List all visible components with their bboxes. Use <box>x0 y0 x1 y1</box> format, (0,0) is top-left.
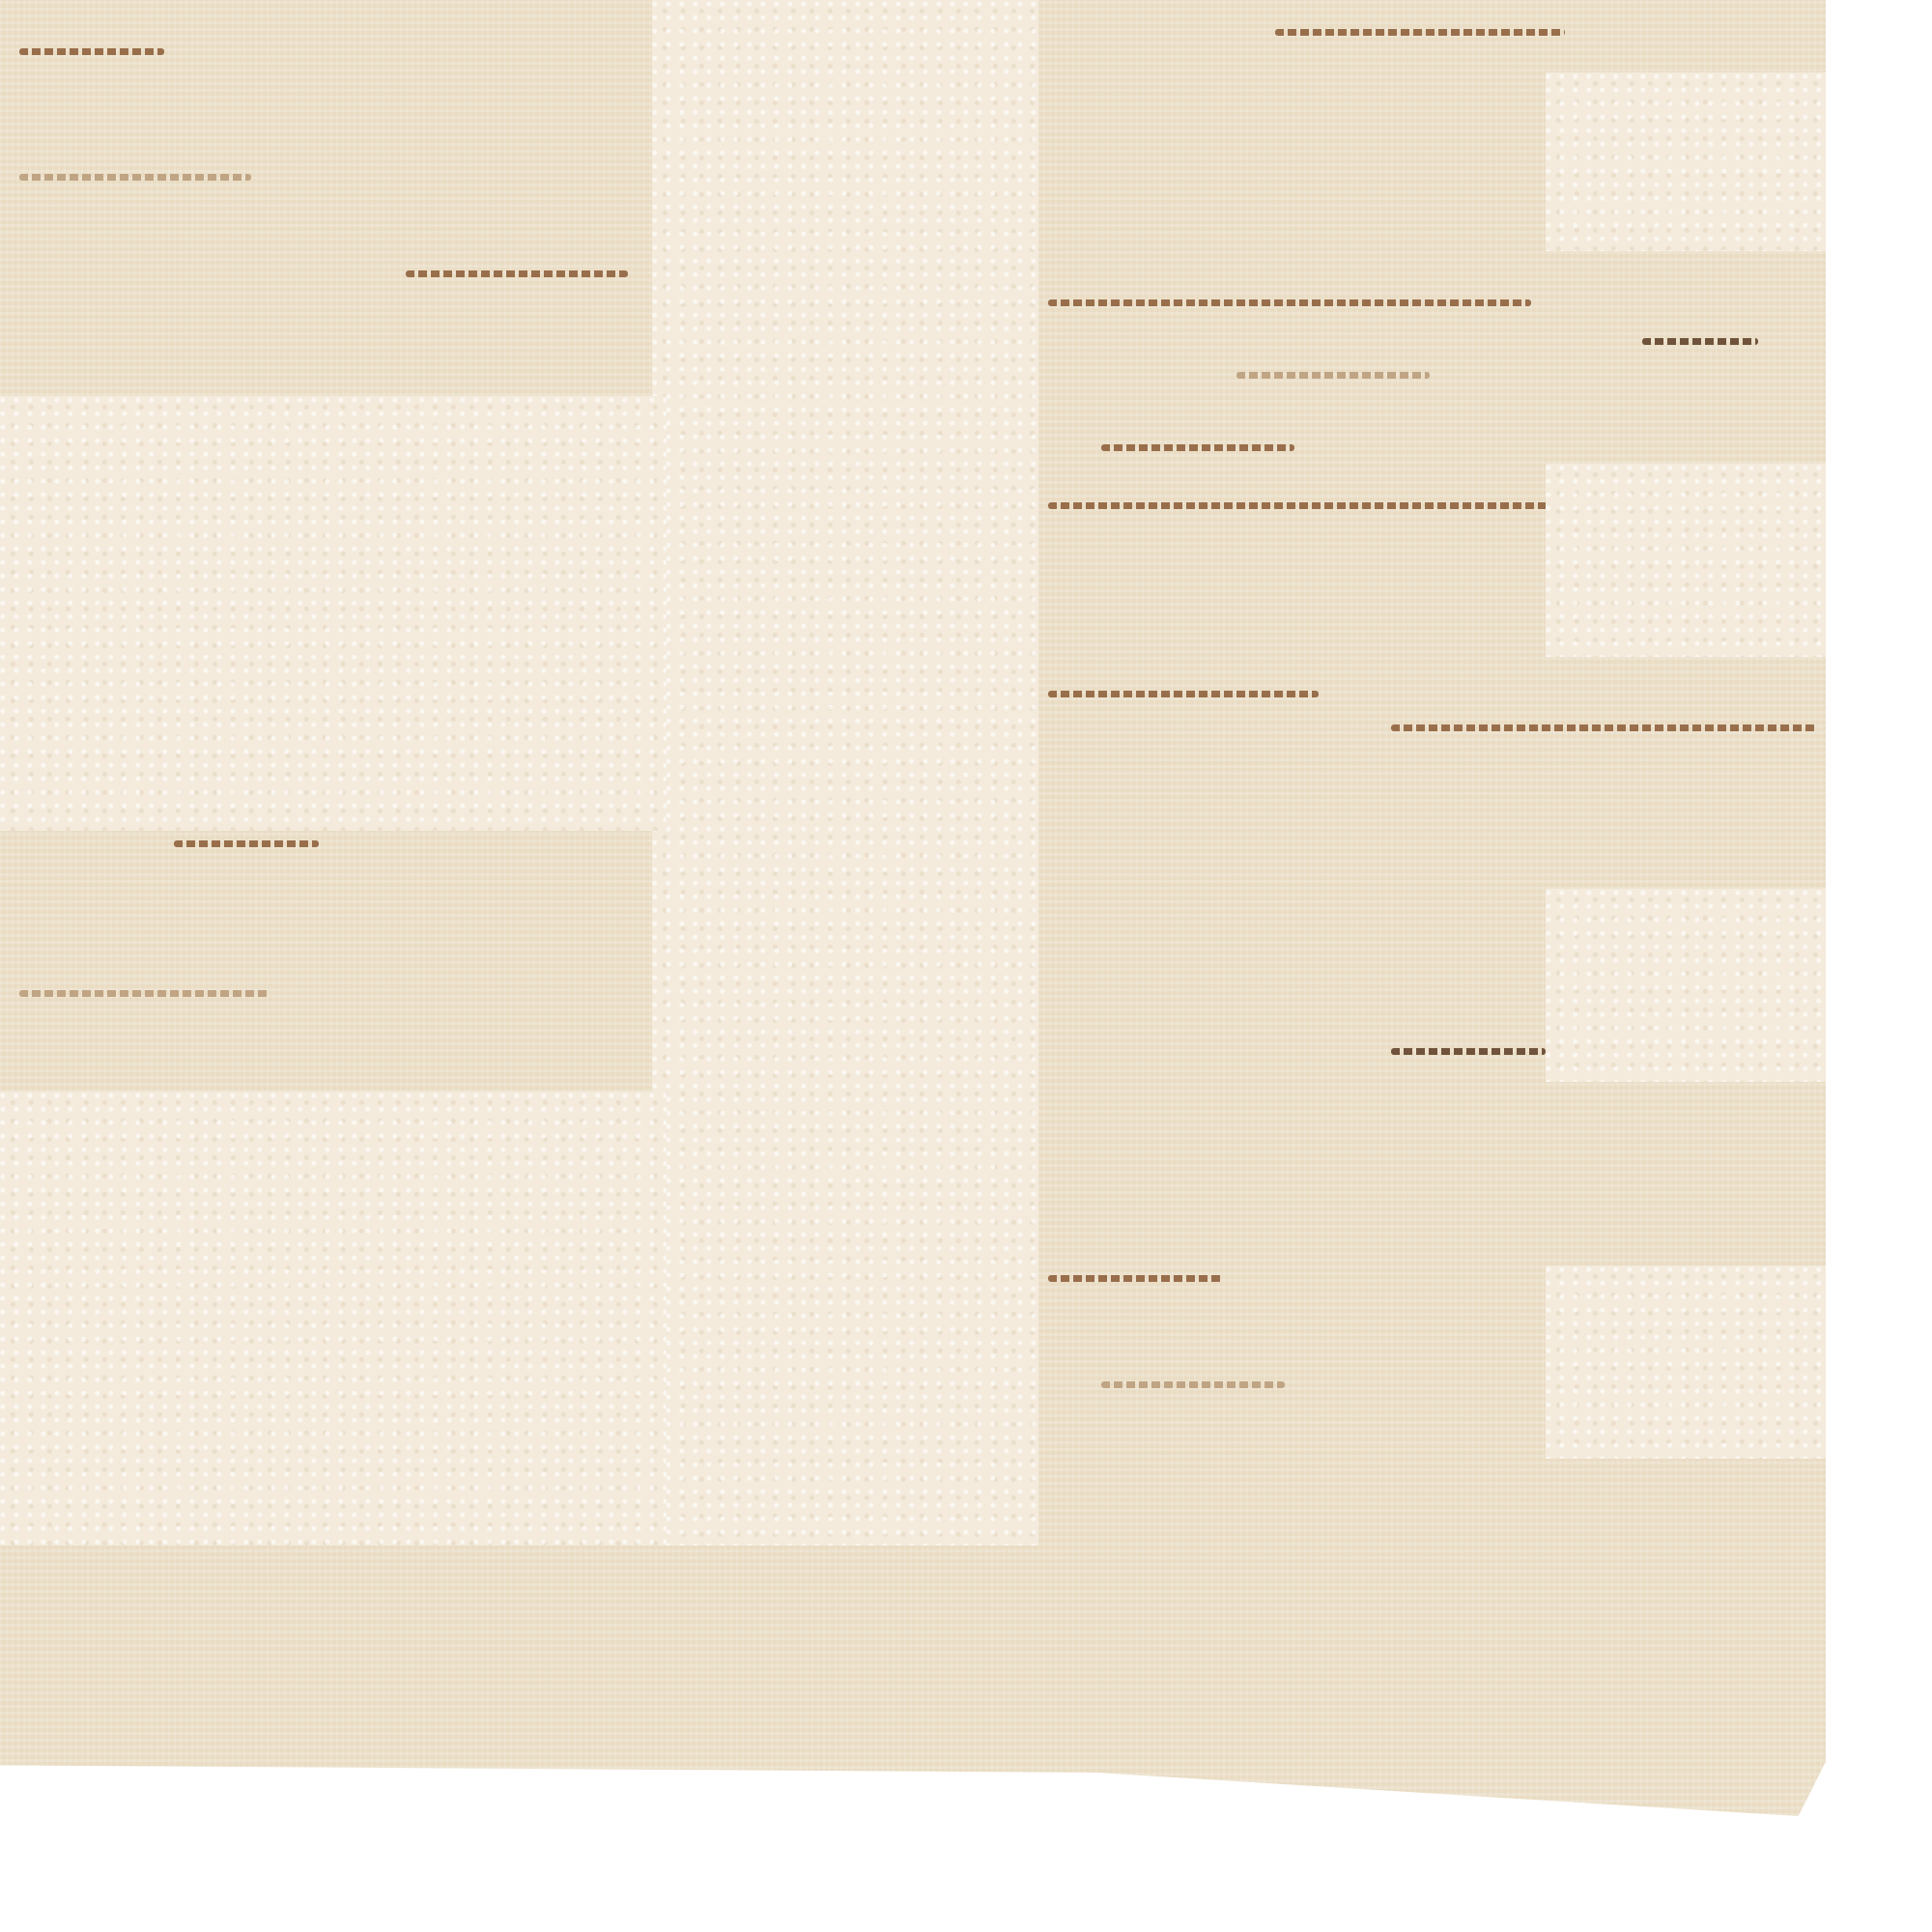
yarn-streak <box>1391 724 1816 731</box>
pile-block <box>0 396 667 831</box>
yarn-streak <box>19 990 270 997</box>
pile-block <box>652 0 1038 1546</box>
yarn-streak <box>1048 502 1570 509</box>
yarn-streak <box>19 174 251 181</box>
pile-block <box>1546 889 1826 1082</box>
pile-block <box>1546 1265 1826 1459</box>
pile-block <box>1546 464 1826 657</box>
yarn-streak <box>1275 29 1565 36</box>
yarn-streak <box>1236 372 1430 379</box>
yarn-streak <box>1048 691 1319 697</box>
rug-photo <box>0 0 1826 1816</box>
yarn-streak <box>19 48 164 55</box>
pile-block <box>1546 72 1826 251</box>
yarn-streak <box>1391 1048 1546 1055</box>
yarn-streak <box>174 840 319 847</box>
pile-block <box>0 1092 667 1546</box>
yarn-streak <box>1101 1381 1285 1388</box>
yarn-streak <box>1101 444 1294 451</box>
yarn-streak <box>1048 299 1531 306</box>
yarn-streak <box>406 270 628 277</box>
yarn-streak <box>1642 338 1758 345</box>
yarn-streak <box>1048 1275 1222 1282</box>
